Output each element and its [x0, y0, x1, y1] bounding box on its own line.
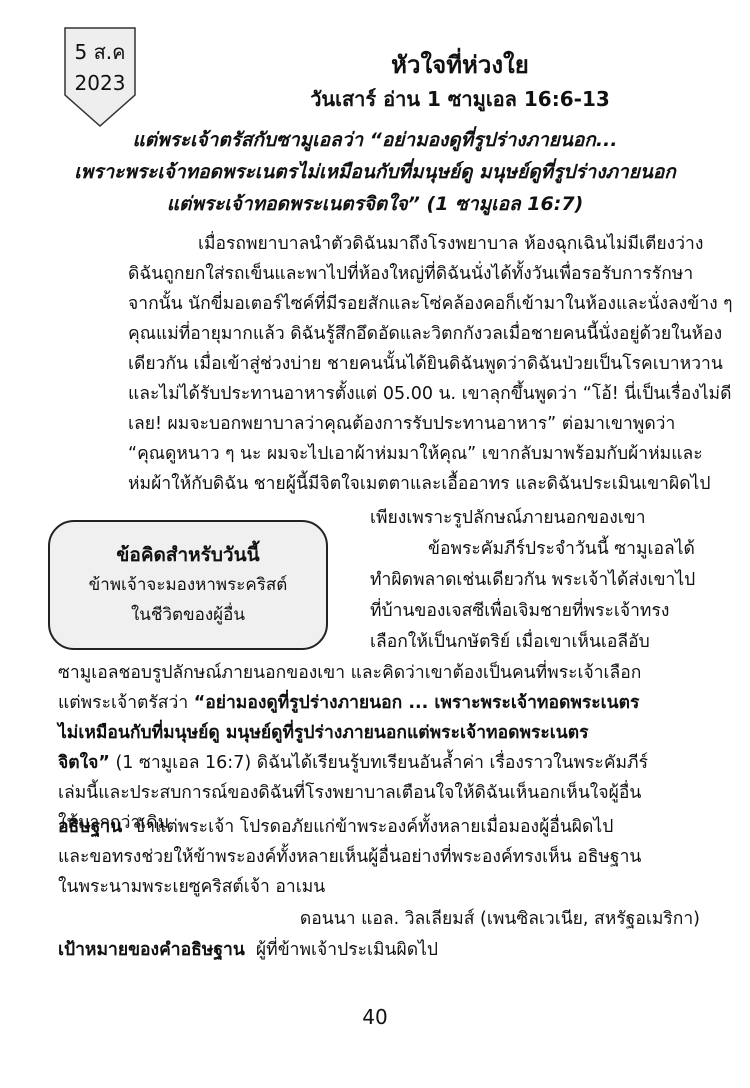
prayer-text: ข้าแต่พระเจ้า โปรดอภัยแก่ข้าพระองค์ทั้งห…: [122, 817, 613, 837]
reflection-line: ข้าพเจ้าจะมองหาพระคริสต์: [50, 570, 326, 600]
text-line: ที่บ้านของเจสซีเพื่อเจิมชายที่พระเจ้าทรง: [370, 596, 703, 627]
key-verse-line: แต่พระเจ้าทอดพระเนตรจิตใจ” (1 ซามูเอล 16…: [40, 188, 710, 220]
text-line: ข้อพระคัมภีร์ประจำวันนี้ ซามูเอลได้: [370, 534, 703, 565]
text-line: “คุณดูหนาว ๆ นะ ผมจะไปเอาผ้าห่มมาให้คุณ”…: [58, 439, 703, 469]
text-line: เมื่อรถพยาบาลนำตัวดิฉันมาถึงโรงพยาบาล ห้…: [58, 229, 703, 259]
reflection-title: ข้อคิดสำหรับวันนี้: [50, 540, 326, 570]
text-line: ซามูเอลชอบรูปลักษณ์ภายนอกของเขา และคิดว่…: [58, 658, 703, 688]
text-run: แต่พระเจ้าตรัสว่า: [58, 693, 194, 713]
text-line: และไม่ได้รับประทานอาหารตั้งแต่ 05.00 น. …: [58, 379, 703, 409]
author-credit: ดอนนา แอล. วิลเลียมส์ (เพนซิลเวเนีย, สหร…: [300, 904, 700, 934]
text-line: จิตใจ” (1 ซามูเอล 16:7) ดิฉันได้เรียนรู้…: [58, 748, 703, 778]
text-line: เดียวกัน เมื่อเข้าสู่ช่วงบ่าย ชายคนนั้นไ…: [58, 349, 703, 379]
text-line: ห่มผ้าให้กับดิฉัน ชายผู้นี้มีจิตใจเมตตาแ…: [58, 469, 703, 499]
text-line: จากนั้น นักขี่มอเตอร์ไซค์ที่มีรอยสักและโ…: [58, 289, 703, 319]
prayer-focus-text: ผู้ที่ข้าพเจ้าประเมินผิดไป: [245, 940, 438, 960]
date-day-month: 5 ส.ค: [64, 37, 136, 68]
key-verse: แต่พระเจ้าตรัสกับซามูเอลว่า “อย่ามองดูที…: [40, 124, 710, 220]
prayer-text: และขอทรงช่วยให้ข้าพระองค์ทั้งหลายเห็นผู้…: [58, 842, 703, 872]
scripture-reading: วันเสาร์ อ่าน 1 ซามูเอล 16:6-13: [190, 84, 730, 114]
page-number: 40: [0, 1005, 750, 1029]
text-line: ดิฉันถูกยกใส่รถเข็นและพาไปที่ห้องใหญ่ที่…: [58, 259, 703, 289]
story-wrap-text: เพียงเพราะรูปลักษณ์ภายนอกของเขา ข้อพระคั…: [370, 503, 703, 658]
reflection-box: ข้อคิดสำหรับวันนี้ ข้าพเจ้าจะมองหาพระคริ…: [48, 520, 328, 650]
page-title: หัวใจที่ห่วงใย: [190, 48, 730, 82]
text-line: คุณแม่ที่อายุมากแล้ว ดิฉันรู้สึกอึดอัดแล…: [58, 319, 703, 349]
text-run: (1 ซามูเอล 16:7) ดิฉันได้เรียนรู้บทเรียน…: [110, 753, 648, 773]
text-line: เลือกให้เป็นกษัตริย์ เมื่อเขาเห็นเอลีอับ: [370, 627, 703, 658]
key-verse-line: แต่พระเจ้าตรัสกับซามูเอลว่า “อย่ามองดูที…: [40, 124, 710, 156]
story-paragraph-2: ซามูเอลชอบรูปลักษณ์ภายนอกของเขา และคิดว่…: [58, 658, 703, 838]
prayer-focus-label: เป้าหมายของคำอธิษฐาน: [58, 940, 245, 960]
prayer-label: อธิษฐาน: [58, 817, 122, 837]
date-text: 5 ส.ค 2023: [64, 37, 136, 99]
prayer-focus: เป้าหมายของคำอธิษฐาน ผู้ที่ข้าพเจ้าประเม…: [58, 935, 438, 965]
quoted-verse: ไม่เหมือนกับที่มนุษย์ดู มนุษย์ดูที่รูปร่…: [58, 718, 703, 748]
text-line: ทำผิดพลาดเช่นเดียวกัน พระเจ้าได้ส่งเขาไป: [370, 565, 703, 596]
text-line: เพียงเพราะรูปลักษณ์ภายนอกของเขา: [370, 503, 703, 534]
reflection-line: ในชีวิตของผู้อื่น: [50, 600, 326, 630]
header: หัวใจที่ห่วงใย วันเสาร์ อ่าน 1 ซามูเอล 1…: [150, 48, 730, 114]
text-line: แต่พระเจ้าตรัสว่า “อย่ามองดูที่รูปร่างภา…: [58, 688, 703, 718]
key-verse-line: เพราะพระเจ้าทอดพระเนตรไม่เหมือนกับที่มนุ…: [40, 156, 710, 188]
text-line: อธิษฐาน ข้าแต่พระเจ้า โปรดอภัยแก่ข้าพระอ…: [58, 812, 703, 842]
text-line: เลย! ผมจะบอกพยาบาลว่าคุณต้องการรับประทาน…: [58, 409, 703, 439]
date-badge: 5 ส.ค 2023: [64, 27, 136, 127]
quoted-verse: “อย่ามองดูที่รูปร่างภายนอก ... เพราะพระเ…: [194, 693, 640, 713]
prayer-text: ในพระนามพระเยซูคริสต์เจ้า อาเมน: [58, 872, 703, 902]
prayer-section: อธิษฐาน ข้าแต่พระเจ้า โปรดอภัยแก่ข้าพระอ…: [58, 812, 703, 902]
story-paragraph-1: เมื่อรถพยาบาลนำตัวดิฉันมาถึงโรงพยาบาล ห้…: [58, 229, 703, 499]
quoted-verse: จิตใจ”: [58, 753, 110, 773]
text-line: เล่มนี้และประสบการณ์ของดิฉันที่โรงพยาบาล…: [58, 778, 703, 808]
date-year: 2023: [64, 68, 136, 99]
